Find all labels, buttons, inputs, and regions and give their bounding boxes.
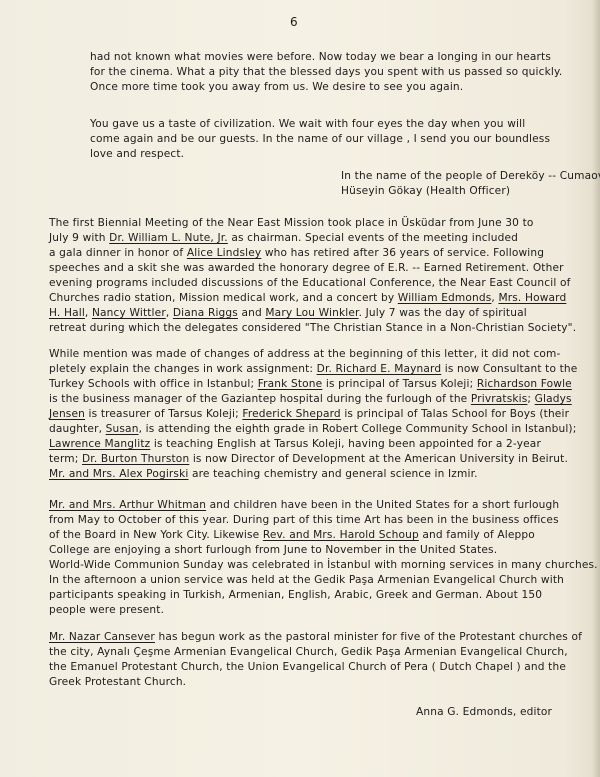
text-segment: people were present. <box>49 604 164 616</box>
text-segment: speeches and a skit she was awarded the … <box>49 262 564 274</box>
underlined-name: Privratskis <box>471 393 528 405</box>
page-number: 6 <box>290 15 298 29</box>
text-segment: as chairman. Special events of the meeti… <box>228 232 518 244</box>
underlined-name: Richardson Fowle <box>477 378 572 390</box>
underlined-name: Gladys <box>535 393 572 405</box>
text-segment: are teaching chemistry and general scien… <box>188 468 477 480</box>
page-edge-shadow <box>592 0 600 777</box>
text-segment: Churches radio station, Mission medical … <box>49 292 398 304</box>
text-segment: term; <box>49 453 82 465</box>
underlined-name: Mary Lou Winkler <box>265 307 358 319</box>
text-line: The first Biennial Meeting of the Near E… <box>49 216 589 231</box>
text-segment: In the afternoon a union service was hel… <box>49 574 564 586</box>
text-segment: is teaching English at Tarsus Koleji, ha… <box>150 438 541 450</box>
text-line: H. Hall, Nancy Wittler, Diana Riggs and … <box>49 306 589 321</box>
text-segment: , is attending the eighth grade in Rober… <box>139 423 577 435</box>
text-line: retreat during which the delegates consi… <box>49 321 589 336</box>
text-line: Churches radio station, Mission medical … <box>49 291 589 306</box>
text-line: from May to October of this year. During… <box>49 513 589 528</box>
document-page: 6 had not known what movies were before.… <box>0 0 600 777</box>
text-line: Mr. and Mrs. Alex Pogirski are teaching … <box>49 467 589 482</box>
text-line: Once more time took you away from us. We… <box>90 80 570 95</box>
signature-line: Hüseyin Gökay (Health Officer) <box>341 184 600 199</box>
text-segment: Turkey Schools with office in Istanbul; <box>49 378 258 390</box>
text-segment: who has retired after 36 years of servic… <box>261 247 544 259</box>
underlined-name: Frank Stone <box>258 378 323 390</box>
text-segment: is treasurer of Tarsus Koleji; <box>85 408 242 420</box>
text-line: had not known what movies were before. N… <box>90 50 570 65</box>
text-segment: daughter, <box>49 423 106 435</box>
underlined-name: Susan <box>106 423 139 435</box>
text-segment: is now Director of Development at the Am… <box>189 453 568 465</box>
signature-line: In the name of the people of Dereköy -- … <box>341 169 600 184</box>
text-segment: World-Wide Communion Sunday was celebrat… <box>49 559 598 571</box>
paragraph-biennial-meeting: The first Biennial Meeting of the Near E… <box>49 216 589 336</box>
text-segment: The first Biennial Meeting of the Near E… <box>49 217 534 229</box>
text-line: is the business manager of the Gaziantep… <box>49 392 589 407</box>
text-segment: the city, Aynalı Çeşme Armenian Evangeli… <box>49 646 568 658</box>
underlined-name: Lawrence Manglitz <box>49 438 150 450</box>
text-line: Jensen is treasurer of Tarsus Koleji; Fr… <box>49 407 589 422</box>
underlined-name: H. Hall <box>49 307 85 319</box>
text-line: evening programs included discussions of… <box>49 276 589 291</box>
underlined-name: Dr. Burton Thurston <box>82 453 189 465</box>
text-segment: is principal of Tarsus Koleji; <box>322 378 476 390</box>
text-line: Mr. Nazar Cansever has begun work as the… <box>49 630 589 645</box>
text-line: pletely explain the changes in work assi… <box>49 362 589 377</box>
text-segment: has begun work as the pastoral minister … <box>155 631 582 643</box>
text-segment: is the business manager of the Gaziantep… <box>49 393 471 405</box>
underlined-name: Nancy Wittler <box>92 307 166 319</box>
text-segment: is principal of Talas School for Boys (t… <box>341 408 569 420</box>
text-line: College are enjoying a short furlough fr… <box>49 543 589 558</box>
text-line: come again and be our guests. In the nam… <box>90 132 570 147</box>
text-line: July 9 with Dr. William L. Nute, Jr. as … <box>49 231 589 246</box>
underlined-name: Rev. and Mrs. Harold Schoup <box>263 529 419 541</box>
text-segment: the Emanuel Protestant Church, the Union… <box>49 661 566 673</box>
letter-signature: In the name of the people of Dereköy -- … <box>341 169 600 199</box>
text-line: Turkey Schools with office in Istanbul; … <box>49 377 589 392</box>
text-line: of the Board in New York City. Likewise … <box>49 528 589 543</box>
text-segment: is now Consultant to the <box>441 363 577 375</box>
text-segment: from May to October of this year. During… <box>49 514 559 526</box>
text-segment: evening programs included discussions of… <box>49 277 570 289</box>
text-segment: pletely explain the changes in work assi… <box>49 363 317 375</box>
text-line: the Emanuel Protestant Church, the Union… <box>49 660 589 675</box>
underlined-name: Mr. and Mrs. Alex Pogirski <box>49 468 188 480</box>
paragraph-pastoral-minister: Mr. Nazar Cansever has begun work as the… <box>49 630 589 690</box>
text-segment: participants speaking in Turkish, Armeni… <box>49 589 542 601</box>
text-line: speeches and a skit she was awarded the … <box>49 261 589 276</box>
text-line: World-Wide Communion Sunday was celebrat… <box>49 558 589 573</box>
text-line: You gave us a taste of civilization. We … <box>90 117 570 132</box>
underlined-name: Frederick Shepard <box>242 408 340 420</box>
underlined-name: Mrs. Howard <box>498 292 566 304</box>
text-line: people were present. <box>49 603 589 618</box>
text-line: participants speaking in Turkish, Armeni… <box>49 588 589 603</box>
text-line: Lawrence Manglitz is teaching English at… <box>49 437 589 452</box>
text-segment: , <box>85 307 92 319</box>
paragraph-communion-sunday: World-Wide Communion Sunday was celebrat… <box>49 558 589 618</box>
underlined-name: Alice Lindsley <box>187 247 261 259</box>
underlined-name: Mr. Nazar Cansever <box>49 631 155 643</box>
text-line: term; Dr. Burton Thurston is now Directo… <box>49 452 589 467</box>
text-line: Greek Protestant Church. <box>49 675 589 690</box>
underlined-name: Dr. William L. Nute, Jr. <box>109 232 228 244</box>
paragraph-furloughs: Mr. and Mrs. Arthur Whitman and children… <box>49 498 589 558</box>
text-segment: ; <box>527 393 534 405</box>
text-segment: , <box>166 307 173 319</box>
text-segment: and family of Aleppo <box>419 529 535 541</box>
underlined-name: Mr. and Mrs. Arthur Whitman <box>49 499 206 511</box>
paragraph-work-assignments: While mention was made of changes of add… <box>49 347 589 482</box>
text-line: While mention was made of changes of add… <box>49 347 589 362</box>
text-segment: and children have been in the United Sta… <box>206 499 559 511</box>
text-line: for the cinema. What a pity that the ble… <box>90 65 570 80</box>
text-line: a gala dinner in honor of Alice Lindsley… <box>49 246 589 261</box>
text-segment: a gala dinner in honor of <box>49 247 187 259</box>
letter-paragraph-1: had not known what movies were before. N… <box>90 50 570 95</box>
text-line: Mr. and Mrs. Arthur Whitman and children… <box>49 498 589 513</box>
underlined-name: Jensen <box>49 408 85 420</box>
text-segment: July 9 with <box>49 232 109 244</box>
letter-paragraph-2: You gave us a taste of civilization. We … <box>90 117 570 162</box>
underlined-name: William Edmonds <box>398 292 492 304</box>
text-segment: While mention was made of changes of add… <box>49 348 561 360</box>
text-segment: retreat during which the delegates consi… <box>49 322 576 334</box>
editor-signature: Anna G. Edmonds, editor <box>416 705 600 720</box>
underlined-name: Dr. Richard E. Maynard <box>317 363 442 375</box>
text-segment: College are enjoying a short furlough fr… <box>49 544 497 556</box>
text-line: In the afternoon a union service was hel… <box>49 573 589 588</box>
text-line: love and respect. <box>90 147 570 162</box>
text-segment: and <box>238 307 265 319</box>
text-line: the city, Aynalı Çeşme Armenian Evangeli… <box>49 645 589 660</box>
text-segment: of the Board in New York City. Likewise <box>49 529 263 541</box>
text-segment: . July 7 was the day of spiritual <box>359 307 527 319</box>
underlined-name: Diana Riggs <box>173 307 238 319</box>
text-line: daughter, Susan, is attending the eighth… <box>49 422 589 437</box>
text-segment: Greek Protestant Church. <box>49 676 186 688</box>
